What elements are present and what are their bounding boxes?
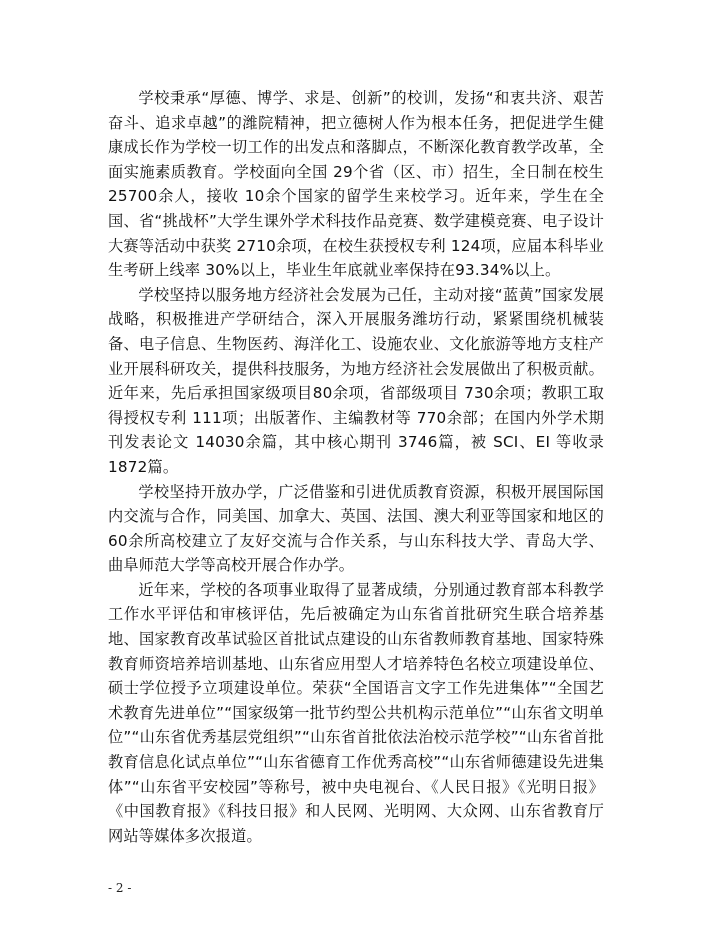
document-page: 学校秉承“厚德、博学、求是、创新”的校训，发扬“和衷共济、艰苦奋斗、追求卓越”的… [0, 0, 709, 945]
paragraph-open-education: 学校坚持开放办学，广泛借鉴和引进优质教育资源，积极开展国际国内交流与合作，同美国… [108, 480, 604, 578]
paragraph-school-motto: 学校秉承“厚德、博学、求是、创新”的校训，发扬“和衷共济、艰苦奋斗、追求卓越”的… [108, 86, 604, 283]
page-number: - 2 - [108, 881, 131, 895]
paragraph-regional-service: 学校坚持以服务地方经济社会发展为己任，主动对接“蓝黄”国家发展战略，积极推进产学… [108, 283, 604, 480]
paragraph-achievements: 近年来，学校的各项事业取得了显著成绩，分别通过教育部本科教学工作水平评估和审核评… [108, 578, 604, 849]
body-text: 学校秉承“厚德、博学、求是、创新”的校训，发扬“和衷共济、艰苦奋斗、追求卓越”的… [108, 86, 604, 848]
